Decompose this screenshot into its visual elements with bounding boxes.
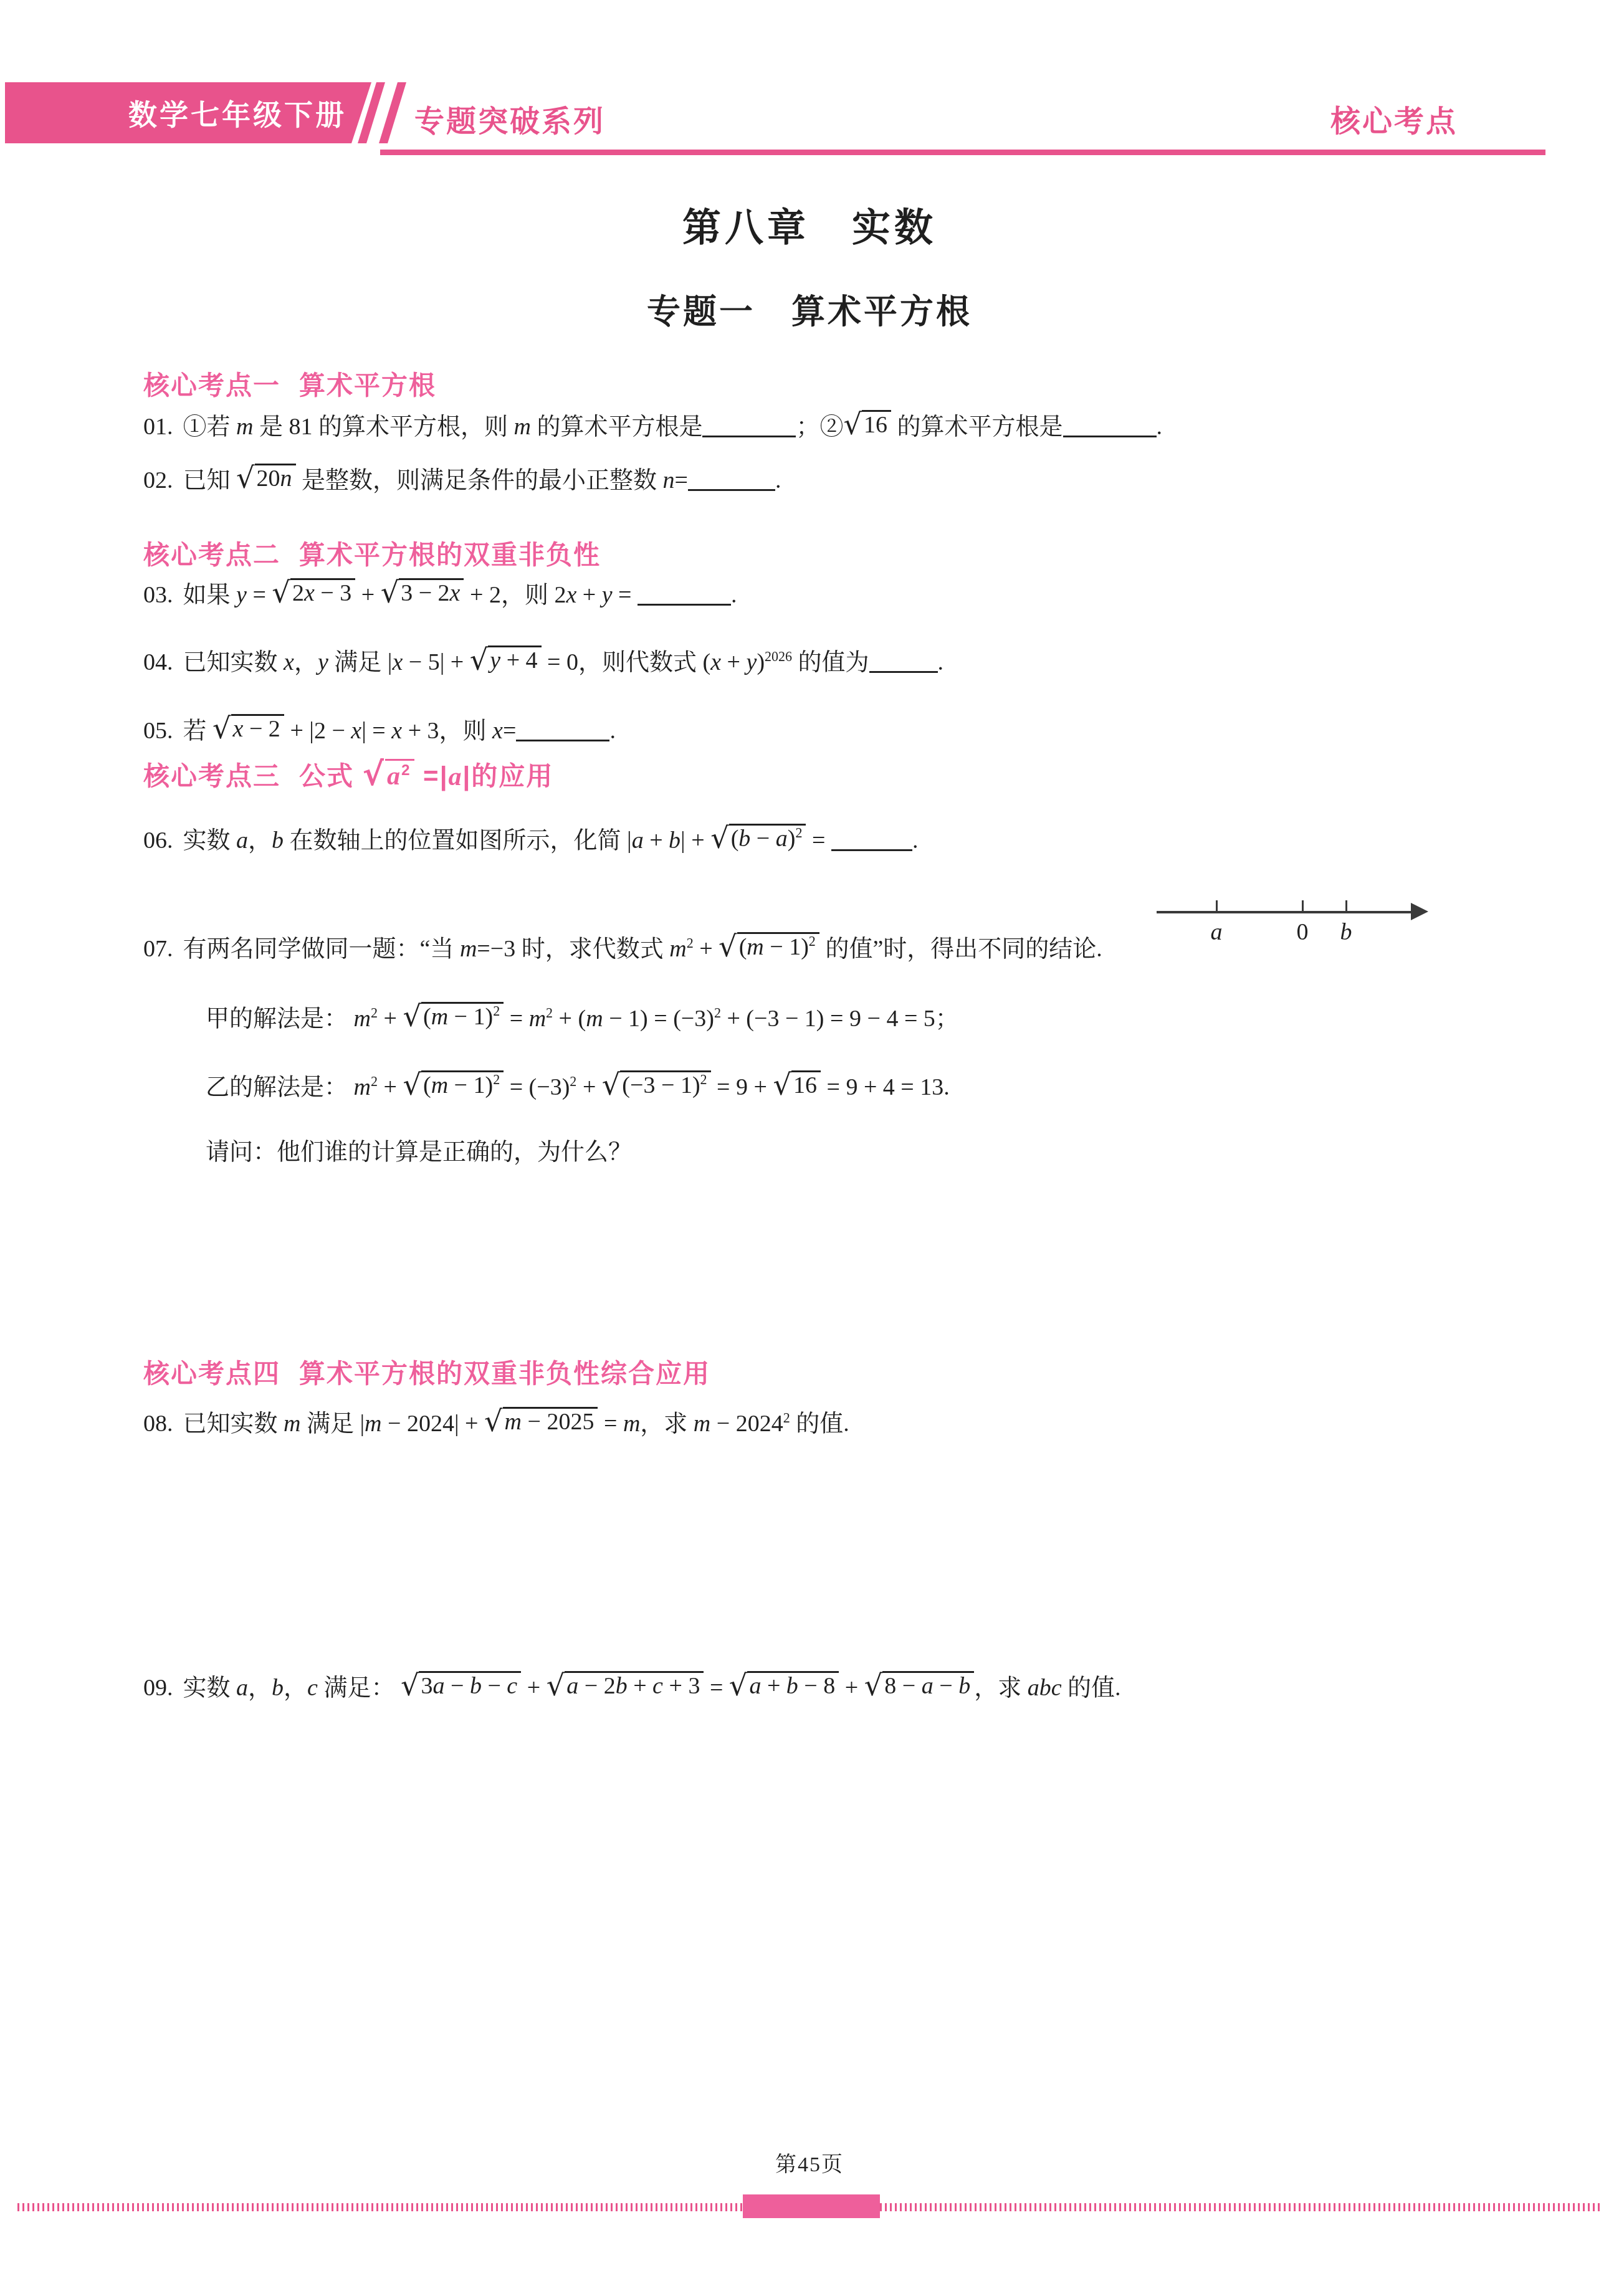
- problem-02: 02.已知 √20n 是整数，则满足条件的最小正整数 n=.: [143, 462, 1558, 499]
- problem-05: 05.若 √x − 2 + |2 − x| = x + 3，则 x=.: [143, 713, 1558, 750]
- problem-text: 已知 √20n 是整数，则满足条件的最小正整数 n=.: [183, 467, 781, 493]
- problem-number: 08.: [143, 1411, 173, 1437]
- problem-06: 06.实数 a，b 在数轴上的位置如图所示，化简 |a + b| + √(b −…: [143, 822, 1558, 859]
- header-rule: [380, 150, 1545, 155]
- problem-07-solution-jia: 甲的解法是： m2 + √(m − 1)2 = m2 + (m − 1) = (…: [143, 1001, 1558, 1037]
- problem-text: 若 √x − 2 + |2 − x| = x + 3，则 x=.: [183, 718, 616, 744]
- section-title: 算术平方根: [299, 371, 436, 400]
- problem-number: 04.: [143, 649, 173, 675]
- section-heading-3: 核心考点三公式 √a2 =|a|的应用: [143, 759, 553, 794]
- footer-accent-rect: [743, 2194, 880, 2218]
- problem-number: 05.: [143, 718, 173, 744]
- question-text: 请问：他们谁的计算是正确的，为什么？: [206, 1139, 632, 1165]
- problem-07: 07.有两名同学做同一题：“当 m=−3 时，求代数式 m2 + √(m − 1…: [143, 931, 1558, 968]
- problem-08: 08.已知实数 m 满足 |m − 2024| + √m − 2025 = m，…: [143, 1406, 1558, 1442]
- section-title: 算术平方根的双重非负性: [299, 540, 601, 569]
- series-label: 专题突破系列: [414, 97, 605, 140]
- tick-mark-0: [1302, 900, 1304, 911]
- corner-label: 核心考点: [1330, 97, 1458, 140]
- banner-stripe-2: [379, 82, 406, 143]
- tick-mark-b: [1345, 900, 1347, 911]
- problem-text: 实数 a，b 在数轴上的位置如图所示，化简 |a + b| + √(b − a)…: [183, 827, 919, 854]
- problem-03: 03.如果 y = √2x − 3 + √3 − 2x + 2，则 2x + y…: [143, 577, 1558, 614]
- axis-arrow-icon: [1411, 903, 1428, 920]
- problem-number: 01.: [143, 414, 173, 440]
- problem-number: 09.: [143, 1675, 173, 1701]
- problem-text: 已知实数 x，y 满足 |x − 5| + √y + 4 = 0，则代数式 (x…: [183, 649, 944, 675]
- problem-04: 04.已知实数 x，y 满足 |x − 5| + √y + 4 = 0，则代数式…: [143, 644, 1558, 681]
- axis-line: [1157, 911, 1415, 913]
- problem-text: ①若 m 是 81 的算术平方根，则 m 的算术平方根是；②√16 的算术平方根…: [183, 414, 1163, 440]
- document-page: 数学七年级下册 专题突破系列 核心考点 第八章 实数 专题一 算术平方根 核心考…: [0, 0, 1619, 2296]
- problem-text: 已知实数 m 满足 |m − 2024| + √m − 2025 = m，求 m…: [183, 1411, 849, 1437]
- problem-number: 03.: [143, 582, 173, 608]
- problem-text: 实数 a，b，c 满足： √3a − b − c + √a − 2b + c +…: [183, 1675, 1121, 1701]
- problem-07-question: 请问：他们谁的计算是正确的，为什么？: [143, 1134, 1558, 1171]
- problem-text: 如果 y = √2x − 3 + √3 − 2x + 2，则 2x + y = …: [183, 582, 737, 608]
- problem-01: 01.①若 m 是 81 的算术平方根，则 m 的算术平方根是；②√16 的算术…: [143, 409, 1558, 445]
- problem-number: 07.: [143, 936, 173, 962]
- section-label: 核心考点三: [143, 761, 280, 791]
- chapter-title: 第八章 实数: [0, 197, 1619, 252]
- problem-text: 有两名同学做同一题：“当 m=−3 时，求代数式 m2 + √(m − 1)2 …: [183, 936, 1102, 962]
- problem-number: 06.: [143, 827, 173, 854]
- problem-07-solution-yi: 乙的解法是： m2 + √(m − 1)2 = (−3)2 + √(−3 − 1…: [143, 1069, 1558, 1106]
- grade-banner: 数学七年级下册: [5, 82, 371, 143]
- grade-banner-label: 数学七年级下册: [128, 92, 346, 133]
- section-title: 算术平方根的双重非负性综合应用: [299, 1359, 710, 1388]
- section-label: 核心考点二: [143, 540, 280, 569]
- problem-number: 02.: [143, 467, 173, 493]
- tick-mark-a: [1216, 900, 1218, 911]
- section-label: 核心考点四: [143, 1359, 280, 1388]
- section-heading-4: 核心考点四算术平方根的双重非负性综合应用: [143, 1357, 710, 1391]
- topic-title: 专题一 算术平方根: [0, 285, 1619, 333]
- solution-text: 乙的解法是： m2 + √(m − 1)2 = (−3)2 + √(−3 − 1…: [206, 1074, 950, 1100]
- solution-text: 甲的解法是： m2 + √(m − 1)2 = m2 + (m − 1) = (…: [206, 1006, 959, 1032]
- section-label: 核心考点一: [143, 371, 280, 400]
- problem-09: 09.实数 a，b，c 满足： √3a − b − c + √a − 2b + …: [143, 1670, 1558, 1707]
- section-title: 公式 √a2 =|a|的应用: [299, 761, 553, 791]
- page-number: 第45页: [0, 2147, 1619, 2178]
- section-heading-2: 核心考点二算术平方根的双重非负性: [143, 538, 601, 573]
- section-heading-1: 核心考点一算术平方根: [143, 369, 436, 403]
